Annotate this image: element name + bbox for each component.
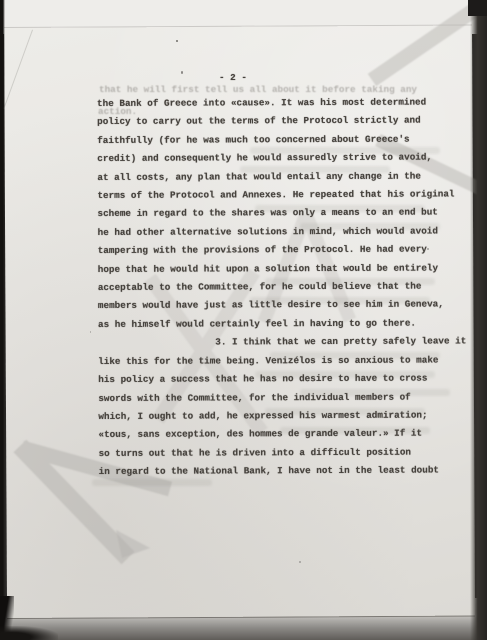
page-number: - 2 - xyxy=(219,72,247,83)
scanned-document-page: that he will first tell us all about it … xyxy=(0,0,487,640)
typed-line: acceptable to the Committee, for he coul… xyxy=(98,277,470,297)
typed-line: in regard to the National Bank, I have n… xyxy=(99,461,471,481)
typed-line: the Bank of Greece into «cause». It was … xyxy=(97,93,469,113)
typed-line: so turns out that he is driven into a di… xyxy=(99,443,471,463)
paper-speck xyxy=(181,71,183,74)
typed-line: as he himself would certainly feel in ha… xyxy=(98,314,470,334)
typed-line: members would have just as little desire… xyxy=(98,296,470,316)
paper-speck xyxy=(176,40,178,42)
typed-line: which, I ought to add, he expressed his … xyxy=(98,406,470,426)
typed-line: hope that he would hit upon a solution t… xyxy=(98,259,470,279)
typed-line: swords with the Committee, for the indiv… xyxy=(98,388,470,408)
paper-speck xyxy=(427,248,429,250)
typed-line: like this for the time being. Venizélos … xyxy=(98,351,470,371)
typed-line: his policy a success that he has no desi… xyxy=(98,369,470,389)
typed-line: tampering with the provisions of the Pro… xyxy=(98,241,470,261)
scan-corner-top-right xyxy=(468,0,487,16)
typed-line: faithfully (for he was much too concerne… xyxy=(97,130,469,150)
paper-speck xyxy=(299,561,301,563)
scan-edge-right xyxy=(470,0,487,640)
typed-line: credit) and consequently he would assure… xyxy=(97,149,469,169)
typed-line: he had other alternative solutions in mi… xyxy=(98,222,470,242)
typed-line: at all costs, any plan that would entail… xyxy=(97,167,469,187)
typed-line: «tous, sans exception, des hommes de gra… xyxy=(98,425,470,445)
typed-line: policy to carry out the terms of the Pro… xyxy=(97,112,469,132)
scan-edge-left xyxy=(0,0,5,640)
typed-line: scheme in regard to the shares was only … xyxy=(97,204,469,224)
paper-speck xyxy=(90,331,91,333)
scan-shadow-bottom-left xyxy=(0,626,58,640)
typed-line: 3. I think that we can pretty safely lea… xyxy=(98,333,470,353)
typed-line: terms of the Protocol and Annexes. He re… xyxy=(97,185,469,205)
typed-text-block: the Bank of Greece into «cause». It was … xyxy=(97,93,471,481)
